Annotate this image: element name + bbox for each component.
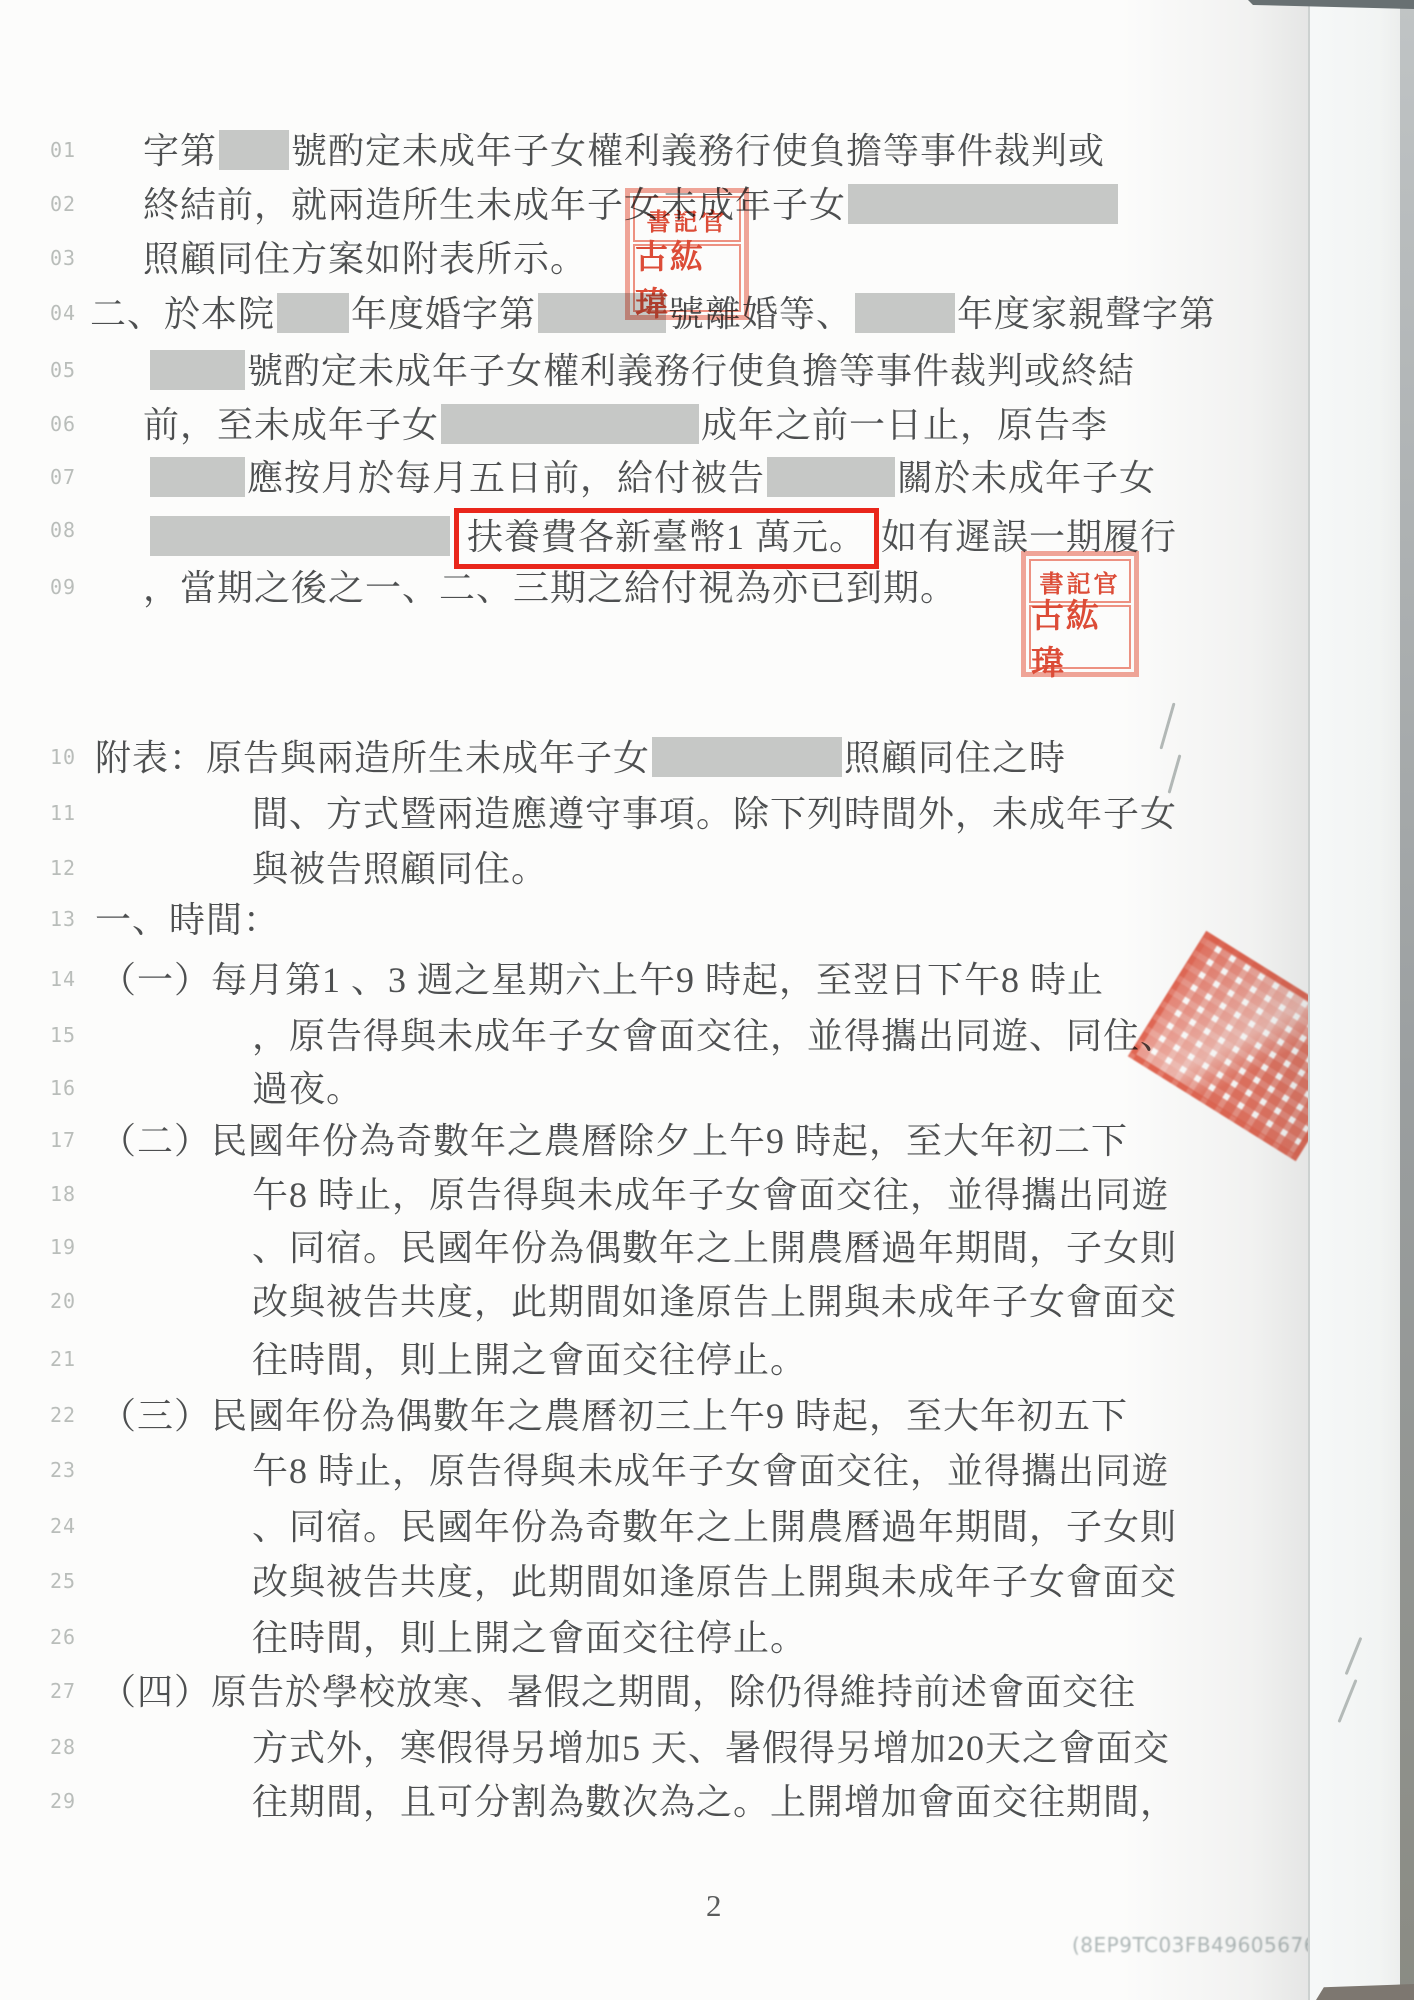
clerk-seal-stamp: 書記官 古紘瑋 xyxy=(625,188,749,320)
doc-line: 方式外，寒假得另增加5 天、暑假得另增加20天之會面交 xyxy=(252,1725,1170,1771)
line-number: 22 xyxy=(50,1403,90,1427)
doc-line: 附表：原告與兩造所生未成年子女照顧同住之時 xyxy=(95,735,1066,781)
doc-line: 照顧同住方案如附表所示。 xyxy=(143,236,587,282)
clerk-seal-name: 古紘瑋 xyxy=(633,244,741,311)
scanner-edge-strip xyxy=(1400,0,1414,2000)
line-number: 02 xyxy=(50,192,90,216)
doc-text: 關於未成年子女 xyxy=(897,458,1156,498)
line-number: 29 xyxy=(50,1789,90,1813)
doc-text: （二）民國年份為奇數年之農曆除夕上午9 時起，至大年初二下 xyxy=(100,1121,1128,1161)
redaction-box xyxy=(219,130,289,170)
doc-line: 往期間，且可分割為數次為之。上開增加會面交往期間， xyxy=(252,1779,1177,1825)
doc-text: 改與被告共度，此期間如逢原告上開與未成年子女會面交 xyxy=(252,1282,1177,1322)
redaction-box xyxy=(767,457,895,497)
doc-line: （四）原告於學校放寒、暑假之期間，除仍得維持前述會面交往 xyxy=(100,1669,1136,1715)
highlighted-amount: 扶養費各新臺幣1 萬元。 xyxy=(454,508,879,569)
doc-line: 改與被告共度，此期間如逢原告上開與未成年子女會面交 xyxy=(252,1279,1177,1325)
doc-text: 、同宿。民國年份為奇數年之上開農曆過年期間，子女則 xyxy=(252,1507,1177,1547)
doc-text: 前，至未成年子女 xyxy=(143,405,439,445)
redaction-box xyxy=(150,350,245,390)
line-number: 18 xyxy=(50,1182,90,1206)
redaction-box xyxy=(150,457,245,497)
line-number: 21 xyxy=(50,1347,90,1371)
doc-line: 往時間，則上開之會面交往停止。 xyxy=(252,1615,807,1661)
line-number: 27 xyxy=(50,1679,90,1703)
doc-text: 往期間，且可分割為數次為之。上開增加會面交往期間， xyxy=(252,1782,1177,1822)
doc-text: 照顧同住之時 xyxy=(844,738,1066,778)
line-number: 07 xyxy=(50,465,90,489)
scanned-court-document-page: { "page": { "number": "2", "footer_code"… xyxy=(0,0,1414,2000)
doc-text: 成年之前一日止，原告李 xyxy=(701,405,1108,445)
doc-line: 間、方式暨兩造應遵守事項。除下列時間外，未成年子女 xyxy=(252,791,1177,837)
line-number: 11 xyxy=(50,801,90,825)
doc-text: 午8 時止，原告得與未成年子女會面交往，並得攜出同遊 xyxy=(252,1451,1169,1491)
redaction-box xyxy=(848,184,1118,224)
doc-text: 往時間，則上開之會面交往停止。 xyxy=(252,1340,807,1380)
line-number: 26 xyxy=(50,1625,90,1649)
line-number: 17 xyxy=(50,1128,90,1152)
doc-text: 一、時間： xyxy=(95,900,280,940)
doc-text: （三）民國年份為偶數年之農曆初三上午9 時起，至大年初五下 xyxy=(100,1396,1128,1436)
page-number: 2 xyxy=(706,1888,722,1924)
doc-text: 過夜。 xyxy=(252,1069,363,1109)
doc-text: 號酌定未成年子女權利義務行使負擔等事件裁判或終結 xyxy=(247,351,1135,391)
doc-line: 與被告照顧同住。 xyxy=(252,846,548,892)
line-number: 19 xyxy=(50,1235,90,1259)
doc-line: （一）每月第1 、3 週之星期六上午9 時起，至翌日下午8 時止 xyxy=(100,957,1104,1003)
line-number: 09 xyxy=(50,575,90,599)
doc-text: 號酌定未成年子女權利義務行使負擔等事件裁判或 xyxy=(291,131,1105,171)
doc-line: 改與被告共度，此期間如逢原告上開與未成年子女會面交 xyxy=(252,1559,1177,1605)
redaction-box xyxy=(150,516,450,556)
doc-text: 年度家親聲字第 xyxy=(957,294,1216,334)
doc-text: 照顧同住方案如附表所示。 xyxy=(143,239,587,279)
redaction-box xyxy=(277,293,349,333)
doc-line: 一、時間： xyxy=(95,897,280,943)
line-number: 08 xyxy=(50,518,90,542)
line-number: 03 xyxy=(50,246,90,270)
line-number: 10 xyxy=(50,745,90,769)
line-number: 01 xyxy=(50,138,90,162)
doc-text: （一）每月第1 、3 週之星期六上午9 時起，至翌日下午8 時止 xyxy=(100,960,1104,1000)
doc-text: 午8 時止，原告得與未成年子女會面交往，並得攜出同遊 xyxy=(252,1175,1169,1215)
doc-line: 、同宿。民國年份為奇數年之上開農曆過年期間，子女則 xyxy=(252,1504,1177,1550)
doc-line: 、同宿。民國年份為偶數年之上開農曆過年期間，子女則 xyxy=(252,1225,1177,1271)
doc-text: 往時間，則上開之會面交往停止。 xyxy=(252,1618,807,1658)
doc-line: 號酌定未成年子女權利義務行使負擔等事件裁判或終結 xyxy=(148,348,1135,394)
line-number: 20 xyxy=(50,1289,90,1313)
line-number: 15 xyxy=(50,1023,90,1047)
doc-line: 前，至未成年子女成年之前一日止，原告李 xyxy=(143,402,1108,448)
doc-text: 二、於本院 xyxy=(90,294,275,334)
redaction-box xyxy=(855,293,955,333)
doc-line: 往時間，則上開之會面交往停止。 xyxy=(252,1337,807,1383)
doc-text: 方式外，寒假得另增加5 天、暑假得另增加20天之會面交 xyxy=(252,1728,1170,1768)
line-number: 05 xyxy=(50,358,90,382)
redaction-box xyxy=(441,404,699,444)
doc-line: 午8 時止，原告得與未成年子女會面交往，並得攜出同遊 xyxy=(252,1448,1169,1494)
doc-text: 與被告照顧同住。 xyxy=(252,849,548,889)
doc-text: 間、方式暨兩造應遵守事項。除下列時間外，未成年子女 xyxy=(252,794,1177,834)
scan-artifact-mark xyxy=(1159,703,1175,750)
doc-text: 字第 xyxy=(143,131,217,171)
clerk-seal-stamp: 書記官 古紘瑋 xyxy=(1021,551,1139,677)
doc-text: 年度婚字第 xyxy=(351,294,536,334)
doc-line: 字第號酌定未成年子女權利義務行使負擔等事件裁判或 xyxy=(143,128,1105,174)
doc-line: （三）民國年份為偶數年之農曆初三上午9 時起，至大年初五下 xyxy=(100,1393,1128,1439)
line-number: 04 xyxy=(50,301,90,325)
line-number: 14 xyxy=(50,967,90,991)
doc-text: ，原告得與未成年子女會面交往，並得攜出同遊、同住、 xyxy=(252,1016,1177,1056)
doc-line: 應按月於每月五日前，給付被告關於未成年子女 xyxy=(148,455,1156,501)
under-page-edge xyxy=(1308,0,1414,2000)
doc-text: 附表：原告與兩造所生未成年子女 xyxy=(95,738,650,778)
line-number: 25 xyxy=(50,1569,90,1593)
doc-text: 改與被告共度，此期間如逢原告上開與未成年子女會面交 xyxy=(252,1562,1177,1602)
doc-text: ，當期之後之一、二、三期之給付視為亦已到期。 xyxy=(143,568,957,608)
line-number: 23 xyxy=(50,1458,90,1482)
doc-line: 過夜。 xyxy=(252,1066,363,1112)
doc-text: 應按月於每月五日前，給付被告 xyxy=(247,458,765,498)
doc-line: （二）民國年份為奇數年之農曆除夕上午9 時起，至大年初二下 xyxy=(100,1118,1128,1164)
doc-text: 、同宿。民國年份為偶數年之上開農曆過年期間，子女則 xyxy=(252,1228,1177,1268)
line-number: 24 xyxy=(50,1514,90,1538)
doc-line: 午8 時止，原告得與未成年子女會面交往，並得攜出同遊 xyxy=(252,1172,1169,1218)
certification-seal-stamp xyxy=(1128,931,1308,1161)
document-code: (8EP9TC03FB49605676810) xyxy=(1072,1933,1308,1957)
line-number: 28 xyxy=(50,1735,90,1759)
redaction-box xyxy=(652,737,842,777)
line-number: 06 xyxy=(50,412,90,436)
document-page: 01字第號酌定未成年子女權利義務行使負擔等事件裁判或02終結前，就兩造所生未成年… xyxy=(0,0,1308,2000)
line-number: 13 xyxy=(50,907,90,931)
doc-line: ，當期之後之一、二、三期之給付視為亦已到期。 xyxy=(143,565,957,611)
doc-line: ，原告得與未成年子女會面交往，並得攜出同遊、同住、 xyxy=(252,1013,1177,1059)
line-number: 12 xyxy=(50,856,90,880)
scan-artifact-mark xyxy=(1168,754,1182,793)
clerk-seal-name: 古紘瑋 xyxy=(1029,605,1131,669)
doc-text: （四）原告於學校放寒、暑假之期間，除仍得維持前述會面交往 xyxy=(100,1672,1136,1712)
line-number: 16 xyxy=(50,1076,90,1100)
